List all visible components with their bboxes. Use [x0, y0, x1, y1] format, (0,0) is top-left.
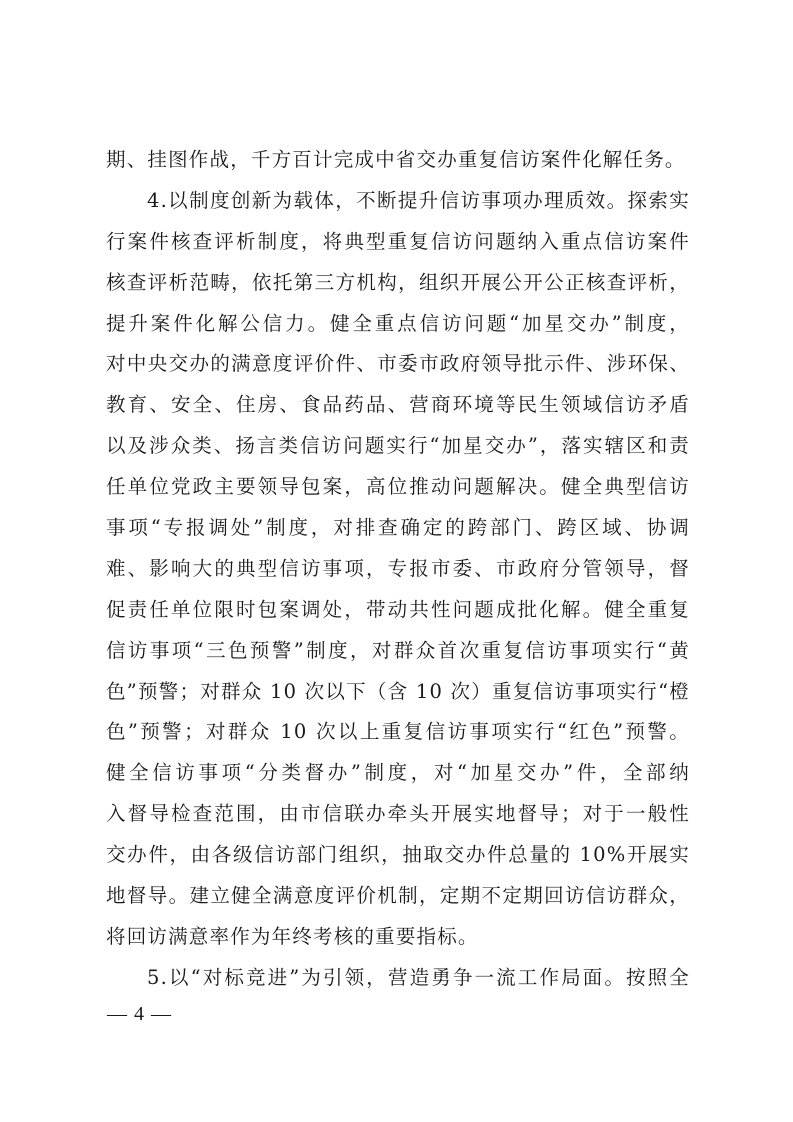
page-number: — 4 —: [107, 1003, 172, 1026]
text-line-10: 事项“专报调处”制度，对排查确定的跨部门、跨区域、协调: [106, 508, 690, 549]
text-line-17: 入督导检查范围，由市信联办牵头开展实地督导；对于一般性: [106, 794, 690, 835]
text-line-18: 交办件，由各级信访部门组织，抽取交办件总量的 10%开展实: [106, 835, 690, 876]
text-line-13: 信访事项“三色预警”制度，对群众首次重复信访事项实行“黄: [106, 631, 690, 672]
text-line-1: 期、挂图作战，千方百计完成中省交办重复信访案件化解任务。: [106, 140, 690, 181]
text-line-12: 促责任单位限时包案调处，带动共性问题成批化解。健全重复: [106, 590, 690, 631]
document-page: 期、挂图作战，千方百计完成中省交办重复信访案件化解任务。 4.以制度创新为载体，…: [0, 0, 793, 1122]
text-line-8: 以及涉众类、扬言类信访问题实行“加星交办”，落实辖区和责: [106, 426, 690, 467]
text-line-4: 核查评析范畴，依托第三方机构，组织开展公开公正核查评析，: [106, 263, 690, 304]
text-line-20: 将回访满意率作为年终考核的重要指标。: [106, 917, 690, 958]
text-line-9: 任单位党政主要领导包案，高位推动问题解决。健全典型信访: [106, 467, 690, 508]
text-line-16: 健全信访事项“分类督办”制度，对“加星交办”件，全部纳: [106, 753, 690, 794]
text-line-15: 色”预警；对群众 10 次以上重复信访事项实行“红色”预警。: [106, 712, 690, 753]
text-line-3: 行案件核查评析制度，将典型重复信访问题纳入重点信访案件: [106, 222, 690, 263]
text-line-11: 难、影响大的典型信访事项，专报市委、市政府分管领导，督: [106, 549, 690, 590]
text-line-21-section-5-heading: 5.以“对标竞进”为引领，营造勇争一流工作局面。按照全: [106, 958, 690, 999]
text-line-14: 色”预警；对群众 10 次以下（含 10 次）重复信访事项实行“橙: [106, 672, 690, 713]
text-line-2-section-4-heading: 4.以制度创新为载体，不断提升信访事项办理质效。探索实: [106, 181, 690, 222]
body-text: 期、挂图作战，千方百计完成中省交办重复信访案件化解任务。 4.以制度创新为载体，…: [106, 140, 690, 999]
text-line-5: 提升案件化解公信力。健全重点信访问题“加星交办”制度，: [106, 304, 690, 345]
text-line-19: 地督导。建立健全满意度评价机制，定期不定期回访信访群众，: [106, 876, 690, 917]
text-line-6: 对中央交办的满意度评价件、市委市政府领导批示件、涉环保、: [106, 344, 690, 385]
text-line-7: 教育、安全、住房、食品药品、营商环境等民生领域信访矛盾: [106, 385, 690, 426]
